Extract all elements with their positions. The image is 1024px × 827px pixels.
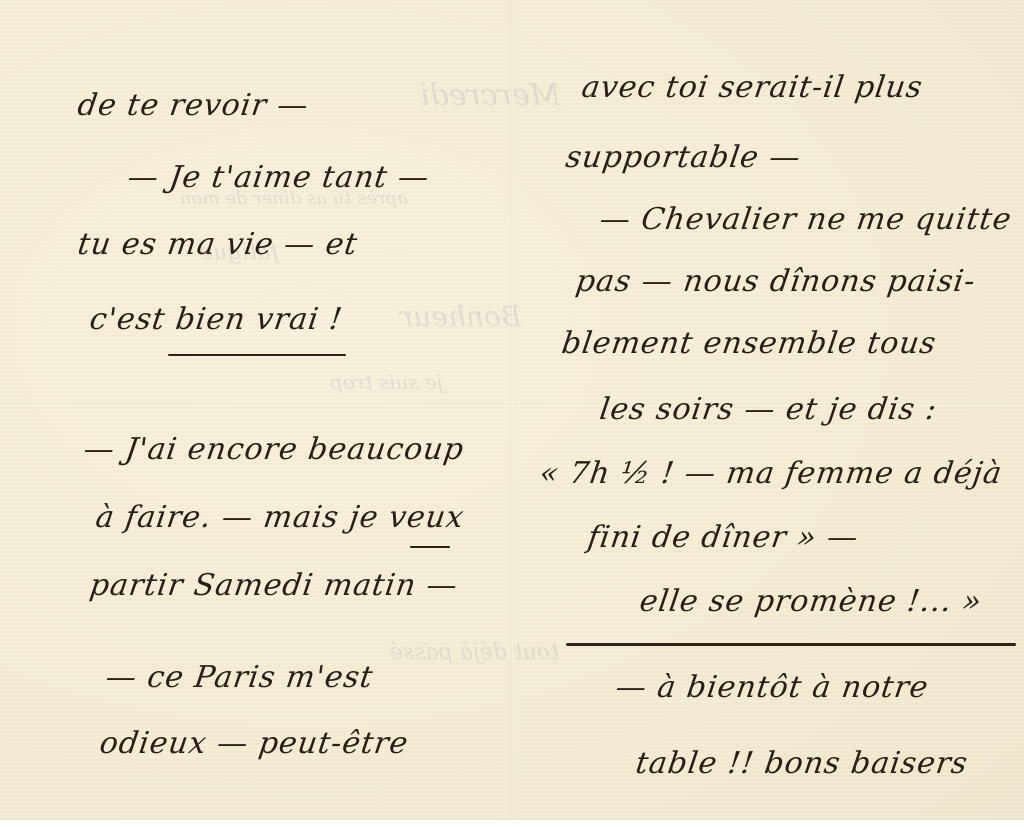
underline-veux (410, 546, 450, 548)
right-line-6: les soirs — et je dis : (598, 392, 940, 427)
right-line-2: supportable — (564, 140, 803, 175)
bleed-through-text: tout déjà passé (390, 640, 559, 665)
left-line-3: tu es ma vie — et (76, 227, 361, 262)
bleed-through-text: je suis trop (330, 370, 443, 394)
underline-bien-vrai (168, 354, 346, 356)
bleed-through-text: Bonheur (400, 300, 522, 333)
letter-sheet: Mercredi après tu as dîner de mon fatigu… (0, 0, 1024, 820)
left-line-5: — J'ai encore beaucoup (82, 432, 467, 467)
right-line-7: « 7h ½ ! — ma femme a déjà (538, 456, 1005, 491)
left-line-6: à faire. — mais je veux (94, 500, 467, 535)
scan-bottom-edge (0, 820, 1024, 827)
vertical-fold (511, 0, 514, 820)
left-line-2: — Je t'aime tant — (126, 160, 432, 195)
left-line-1: de te revoir — (76, 88, 311, 123)
left-line-8: — ce Paris m'est (104, 660, 376, 695)
right-line-1: avec toi serait-il plus (580, 70, 925, 105)
bleed-through-text: Mercredi (420, 78, 561, 113)
right-line-4: pas — nous dînons paisi- (574, 264, 978, 299)
right-line-8: fini de dîner » — (586, 520, 861, 555)
right-line-9: elle se promène !... » (638, 584, 985, 619)
left-line-9: odieux — peut-être (98, 726, 411, 761)
left-line-4: c'est bien vrai ! (88, 302, 345, 337)
right-line-3: — Chevalier ne me quitte (598, 202, 1014, 237)
closing-divider-rule (566, 643, 1016, 646)
right-line-5: blement ensemble tous (560, 326, 939, 361)
right-line-11-signoff: table !! bons baisers (634, 746, 971, 781)
left-line-7: partir Samedi matin — (88, 568, 461, 603)
right-line-10: — à bientôt à notre (614, 670, 931, 705)
